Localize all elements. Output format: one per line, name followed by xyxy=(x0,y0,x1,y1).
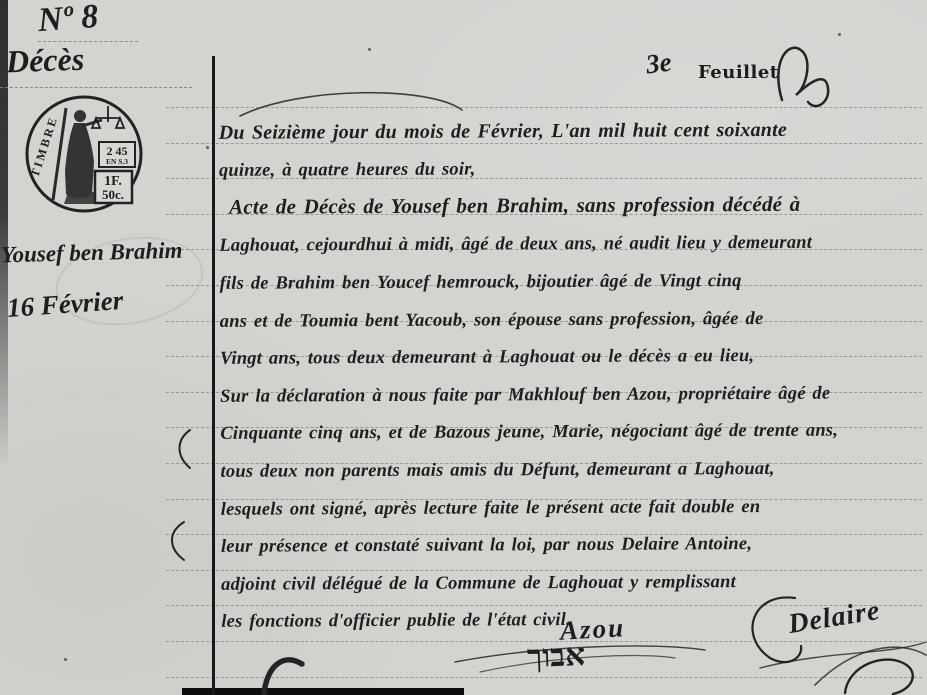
body-line: leur présence et constaté suivant la loi… xyxy=(221,519,923,560)
scan-bottom-band xyxy=(182,688,464,695)
stamp-timbre-label: TIMBRE xyxy=(28,114,61,179)
ink-speck xyxy=(368,48,371,51)
body-line: Sur la déclaration à nous faite par Makh… xyxy=(220,368,922,409)
act-body-text: Du Seizième jour du mois de Février, L'a… xyxy=(219,105,924,635)
signature-hebrew: אבוך xyxy=(526,637,585,675)
act-number: Nº 8 xyxy=(37,0,100,40)
body-line: Vingt ans, tous deux demeurant à Laghoua… xyxy=(220,331,922,372)
stamp-price-box: 1F. 50c. xyxy=(95,171,132,203)
margin-rule-line xyxy=(212,56,215,695)
bottom-flourish xyxy=(815,647,926,685)
death-record-scan: Nº 8 Décès Yousef ben Brahim 16 Février … xyxy=(0,0,927,695)
body-line: fils de Brahim ben Youcef hemrouck, bijo… xyxy=(219,256,921,297)
ink-speck xyxy=(64,658,67,661)
body-line: Du Seizième jour du mois de Février, L'a… xyxy=(219,105,921,146)
body-line: Cinquante cinq ans, et de Bazous jeune, … xyxy=(220,406,922,447)
folio-label: Feuillet xyxy=(698,62,779,83)
body-line: ans et de Toumia bent Yacoub, son épouse… xyxy=(220,293,922,334)
margin-underline xyxy=(0,87,192,88)
body-line: Acte de Décès de Yousef ben Brahim, sans… xyxy=(219,180,921,221)
stamp-duty-series: EN S.3 xyxy=(106,157,128,166)
stamp-duty-box: 2 45 EN S.3 xyxy=(99,142,135,167)
ink-speck xyxy=(206,146,209,149)
revenue-stamp: TIMBRE 2 45 EN S.3 1F. 50c. xyxy=(22,92,146,216)
body-line: tous deux non parents mais amis du Défun… xyxy=(220,444,922,485)
official-signature-underline xyxy=(760,642,926,668)
stamp-price-centimes: 50c. xyxy=(102,187,124,202)
act-type-label: Décès xyxy=(5,41,84,81)
body-line: Laghouat, cejourdhui à midi, âgé de deux… xyxy=(219,218,921,259)
ink-speck xyxy=(838,33,841,36)
body-line: quinze, à quatre heures du soir, xyxy=(219,143,921,184)
rule-line xyxy=(166,677,922,678)
margin-deceased-name: Yousef ben Brahim xyxy=(1,238,183,269)
stamp-duty-value: 2 45 xyxy=(107,144,128,158)
header-paraph xyxy=(778,48,828,106)
body-line: lesquels ont signé, après lecture faite … xyxy=(221,481,923,522)
body-line: adjoint civil délégué de la Commune de L… xyxy=(221,556,923,597)
folio-number: 3e xyxy=(644,47,673,81)
margin-paren xyxy=(172,522,184,560)
